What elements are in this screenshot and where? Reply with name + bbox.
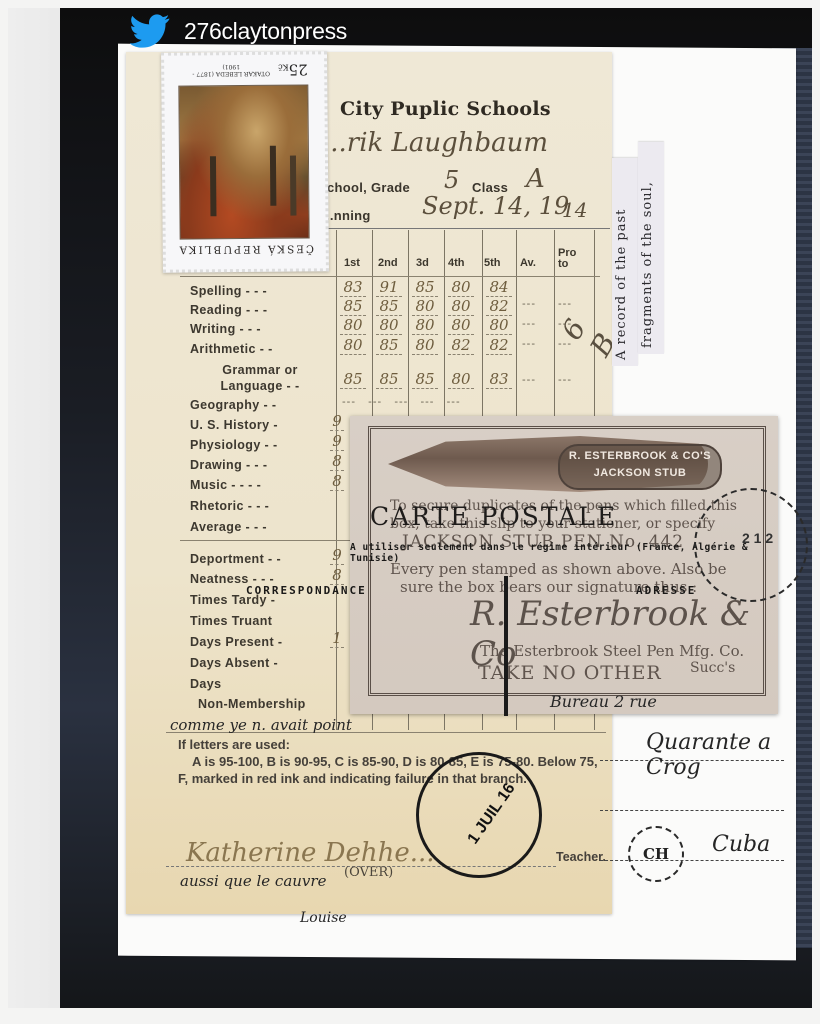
- grade-cell: 80: [412, 316, 438, 335]
- grade-cell: 91: [376, 278, 402, 297]
- nib-label: R. ESTERBROOK & CO'S JACKSON STUB: [558, 444, 722, 490]
- grade-cell: 8: [330, 566, 344, 585]
- faded-postmark: 2 1 2: [694, 488, 808, 602]
- col-header-av: Av.: [520, 257, 536, 269]
- subject-physiology: Physiology - -: [190, 438, 278, 452]
- col-header-3d: 3d: [416, 257, 429, 269]
- subject-music: Music - - - -: [190, 478, 261, 492]
- grade-cell: 9: [330, 546, 344, 565]
- twitter-bird-icon: [130, 14, 170, 48]
- school-grade-label: School, Grade: [318, 180, 410, 195]
- grade-cell: 80: [486, 316, 512, 335]
- subject-writing: Writing - - -: [190, 322, 261, 336]
- script-fragment: Quarante a Crog: [646, 730, 820, 780]
- date-value: Sept. 14, 19: [422, 192, 569, 220]
- grade-cell: 83: [486, 370, 512, 389]
- grade-cell: 85: [376, 336, 402, 355]
- grade-cell: 82: [448, 336, 474, 355]
- grade-cell: 9: [330, 412, 344, 431]
- grade-cell: 1: [330, 629, 344, 648]
- script-fragment: Cuba: [712, 832, 770, 857]
- subject-rhetoric: Rhetoric - - -: [190, 499, 269, 513]
- grade-cell: 84: [486, 278, 512, 297]
- grade-cell: 8: [330, 472, 344, 491]
- grade-cell: 85: [340, 297, 366, 316]
- subject-reading: Reading - - -: [190, 303, 267, 317]
- script-fragment: Bureau 2 rue: [550, 692, 657, 711]
- subject-drawing: Drawing - - -: [190, 458, 267, 472]
- watermark: 276claytonpress: [130, 14, 347, 48]
- correspondance-label: CORRESPONDANCE: [246, 584, 367, 597]
- conduct-times-truant: Times Truant: [190, 614, 272, 628]
- over-label: (OVER): [344, 865, 393, 880]
- grade-cell: 83: [340, 278, 366, 297]
- subject-geography: Geography - -: [190, 398, 276, 412]
- grade-cell: 80: [340, 316, 366, 335]
- subject-average: Average - - -: [190, 520, 267, 534]
- account-handle: 276claytonpress: [184, 18, 347, 45]
- grade-cell: 80: [340, 336, 366, 355]
- script-fragment: comme ye n. avait point: [170, 716, 352, 734]
- postage-stamp: 25Kč OTAKAR LEBEDA (1877 - 1901) ČESKÁ R…: [161, 51, 329, 272]
- grade-cell: 9: [330, 432, 344, 451]
- script-fragment: aussi que le cauvre: [180, 872, 326, 890]
- stamp-country: ČESKÁ REPUBLIKA: [176, 242, 316, 255]
- grading-key-text: A is 95-100, B is 90-95, C is 85-90, D i…: [178, 753, 598, 787]
- conduct-days-absent: Days Absent -: [190, 656, 278, 670]
- grade-cell: 80: [412, 297, 438, 316]
- carte-postale-heading: CARTE POSTALE: [370, 502, 617, 531]
- company-name: The Esterbrook Steel Pen Mfg. Co.: [480, 642, 744, 660]
- grade-cell: 8: [330, 452, 344, 471]
- grading-key-title: If letters are used:: [178, 736, 598, 753]
- script-fragment: Louise: [300, 910, 347, 926]
- grade-cell: 82: [486, 336, 512, 355]
- conduct-days-present: Days Present -: [190, 635, 282, 649]
- conduct-deportment: Deportment - -: [190, 552, 281, 566]
- stamp-painting: [178, 84, 309, 239]
- postcard-line-4: Every pen stamped as shown above. Also b…: [390, 560, 727, 578]
- student-name: ...rik Laughbaum: [322, 128, 548, 158]
- subject-grammar: Grammar or Language - -: [190, 362, 330, 394]
- ch-postmark: CH: [628, 826, 684, 882]
- quote-strip-1: A record of the past: [612, 158, 638, 366]
- report-card-title: City Puplic Schools: [340, 98, 551, 120]
- conduct-non-membership: Non-Membership: [198, 697, 306, 711]
- teacher-label: Teacher.: [556, 850, 606, 864]
- teacher-signature: Katherine Dehhe...: [186, 838, 435, 868]
- grade-cell: 85: [376, 370, 402, 389]
- grade-cell: 82: [486, 297, 512, 316]
- grade-cell: 80: [448, 316, 474, 335]
- grade-cell: 85: [412, 370, 438, 389]
- stamp-value: 25Kč: [279, 60, 309, 78]
- grade-cell: 80: [448, 278, 474, 297]
- grade-cell: 85: [412, 278, 438, 297]
- circular-postmark: 1 JUIL 16: [416, 752, 542, 878]
- grade-value: 5: [444, 166, 459, 194]
- year-value: 14: [562, 198, 587, 222]
- grade-cell: 80: [448, 370, 474, 389]
- col-header-4th: 4th: [448, 257, 465, 269]
- class-value: A: [526, 164, 545, 194]
- grade-cell: 80: [412, 336, 438, 355]
- grade-cell: 80: [376, 316, 402, 335]
- beginning-label: ...nning: [322, 208, 371, 223]
- grade-cell: 85: [376, 297, 402, 316]
- subject-arithmetic: Arithmetic - -: [190, 342, 273, 356]
- divider: [326, 228, 610, 229]
- grade-cell: 85: [340, 370, 366, 389]
- quote-strip-2: fragments of the soul,: [638, 142, 664, 354]
- subject-spelling: Spelling - - -: [190, 284, 267, 298]
- grade-cell: 80: [448, 297, 474, 316]
- subject-us-history: U. S. History -: [190, 418, 278, 432]
- grading-key: If letters are used: A is 95-100, B is 9…: [178, 736, 598, 787]
- succ-label: Succ's: [690, 660, 735, 676]
- stamp-artist: OTAKAR LEBEDA (1877 - 1901): [186, 63, 276, 78]
- col-header-1st: 1st: [344, 257, 360, 269]
- conduct-days: Days: [190, 677, 221, 691]
- col-header-5th: 5th: [484, 257, 501, 269]
- col-header-2nd: 2nd: [378, 257, 398, 269]
- col-header-pro: Pro to: [558, 248, 586, 270]
